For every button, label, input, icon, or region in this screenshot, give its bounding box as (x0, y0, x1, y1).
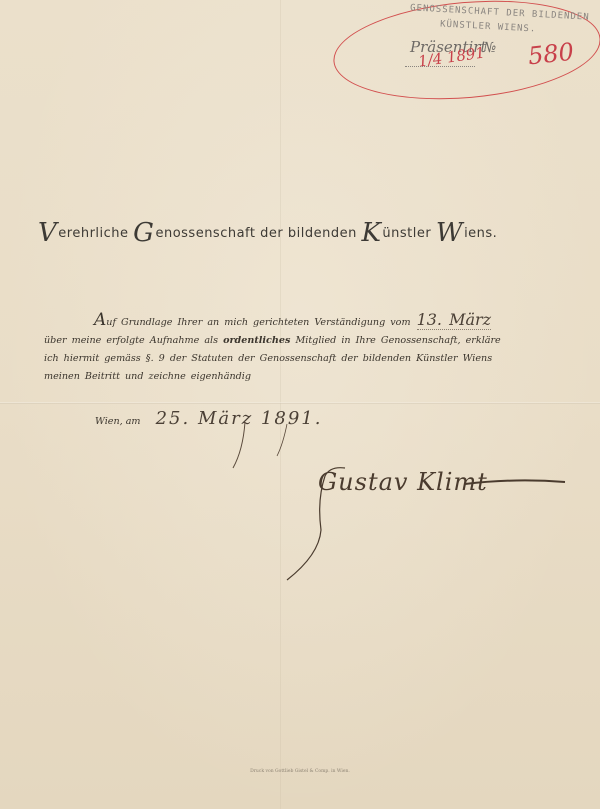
handwritten-signing-date: 25. März 1891. (156, 408, 323, 429)
paragraph-line-1-text: uf Grundlage Ihrer an mich gerichteten V… (106, 317, 410, 328)
place-date-line: Wien, am 25. März 1891. (95, 408, 322, 429)
place-label: Wien, am (95, 416, 141, 427)
stamp-registry-number: 580 (527, 38, 575, 71)
paragraph-dropcap: A (94, 310, 106, 330)
paragraph-line-2: über meine erfolgte Aufnahme als ordentl… (44, 332, 564, 350)
salutation-heading: Verehrliche Genossenschaft der bildenden… (38, 218, 578, 248)
stamp-date-underline (405, 66, 475, 67)
salutation-word-4: iens. (464, 226, 497, 241)
printer-imprint: Druck von Gottlieb Gistel & Comp. in Wie… (0, 769, 600, 774)
declaration-paragraph: Auf Grundlage Ihrer an mich gerichteten … (44, 311, 564, 386)
paper-fold-horizontal (0, 402, 600, 404)
stamp-number-label: № (483, 40, 496, 56)
paper-fold-vertical (280, 0, 281, 809)
salutation-cap-g: G (133, 218, 154, 248)
paragraph-line-4: meinen Beitritt und zeichne eigenhändig (44, 368, 564, 386)
salutation-word-1: erehrliche (58, 226, 133, 241)
salutation-cap-w: W (436, 218, 463, 248)
document-page: GENOSSENSCHAFT DER BILDENDEN KÜNSTLER WI… (0, 0, 600, 809)
salutation-word-3: ünstler (382, 226, 435, 241)
salutation-word-2: enossenschaft der bildenden (155, 226, 361, 241)
paragraph-line-2-text-a: über meine erfolgte Aufnahme als (44, 335, 223, 346)
paragraph-line-2-text-b: Mitglied in Ihre Genossenschaft, erkläre (290, 335, 500, 346)
signature: Gustav Klimt (318, 468, 488, 496)
paragraph-line-3: ich hiermit gemäss §. 9 der Statuten der… (44, 350, 564, 368)
membership-type-bold: ordentliches (223, 335, 290, 346)
handwritten-notice-date: 13. März (417, 310, 492, 330)
salutation-cap-k: K (361, 218, 381, 248)
salutation-cap-v: V (38, 218, 57, 248)
paragraph-line-1: Auf Grundlage Ihrer an mich gerichteten … (44, 311, 564, 332)
pen-stroke-decoration (225, 420, 305, 480)
